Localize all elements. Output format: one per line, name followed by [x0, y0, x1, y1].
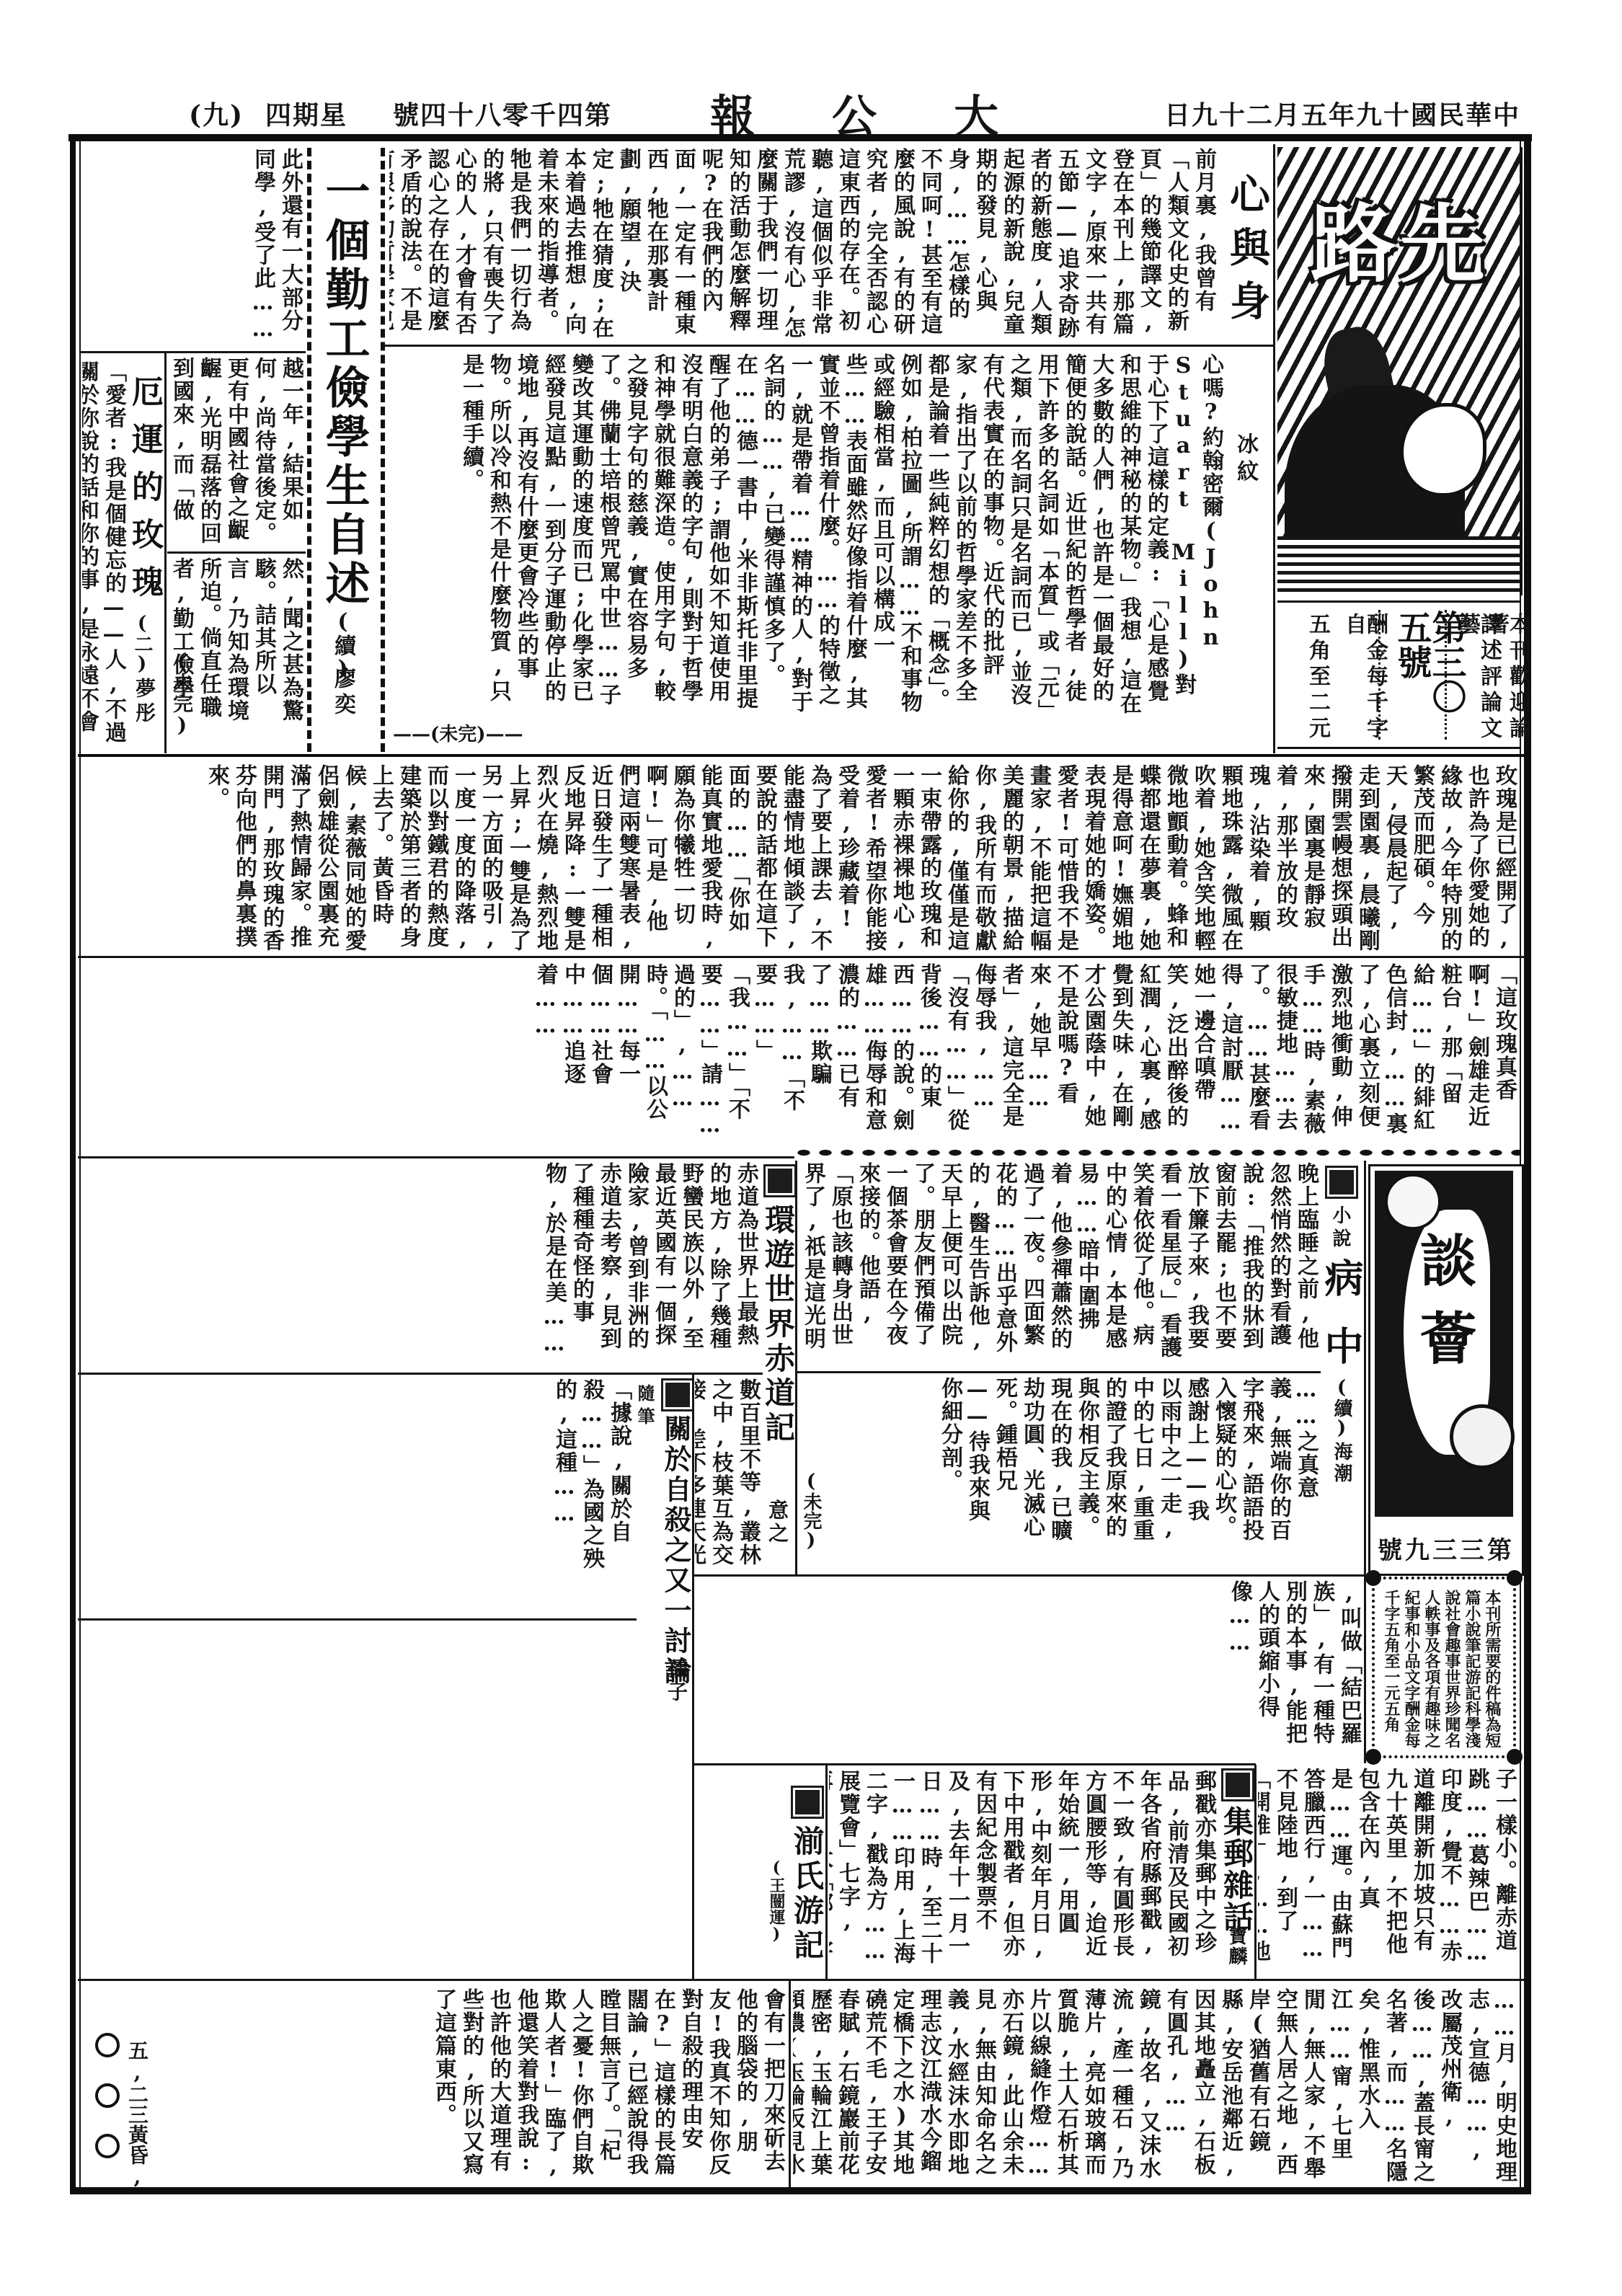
section-rule [796, 1371, 1321, 1373]
corner-dot [1507, 1570, 1523, 1586]
notice-line-4: 五角至二元 [1306, 613, 1328, 743]
article-body: 晚上臨睡之前,他忽然悄然的對看護說:「推我的牀到窗前去罷;也不要放下簾子來,我要… [799, 1162, 1319, 1368]
author-byline: 海潮 [1332, 1442, 1351, 1485]
author-byline: 寶麟 [1227, 1926, 1246, 1967]
circle-mark [95, 2033, 120, 2057]
section-marker-icon [663, 1380, 692, 1409]
continued-mark: (續) [1332, 1377, 1351, 1439]
letter-body: ……之真意義,無端你的百字飛來,語語投入懷疑的心坎。感謝上——我以雨中之一走,中… [799, 1377, 1319, 1544]
article-title-bingzhong: 病中 [1322, 1258, 1361, 1393]
article-body: 「據說,關於自殺……」為國之殃的,這種…… [83, 1378, 632, 1615]
frame-right [1524, 134, 1531, 2194]
notice-line: 紀事和小品文字酬金每 [1404, 1590, 1419, 1748]
band-rule [78, 1156, 794, 1158]
author-byline: 孺子 [666, 1658, 686, 1704]
article-body: 郵戳亦集郵中之珍品,前清及民國初年各省府縣郵戳,不一致,有圓形長方圓腰形等,迨近… [829, 1770, 1217, 1973]
title-column: 一個勤工儉學生自述 (續) 廖奕 [307, 148, 385, 752]
section-rule [81, 351, 306, 353]
article-body: 心嗎?約翰密爾(John Stuart Mill)對于心下了這樣的定義:「心是感… [389, 353, 1224, 717]
article-title-jianshi: 湔氏游記 [792, 1825, 822, 1964]
column-rule [789, 1981, 791, 2187]
author-byline: (王闓運) [768, 1858, 784, 1943]
column-rule [795, 1161, 797, 1575]
notice-line: 人軼事及各項有趣味之 [1424, 1590, 1440, 1748]
publication-date: 中華民國十九年五月二十九日 [1164, 95, 1520, 132]
article-body: 前月裏,我曾有「人類文化史的新頁」的幾節譯文,登在本刊上,那篇文字,原來一共有五… [389, 148, 1217, 341]
ground-lines-graphic [1277, 536, 1520, 595]
page-number: (九) [189, 95, 244, 132]
article-title-huanyou: 環遊世界赤道記 [763, 1204, 793, 1446]
ornament-divider [793, 1148, 1521, 1158]
section-rule [78, 956, 1524, 958]
child-head-graphic [1450, 1404, 1515, 1469]
article-body: 越一年,結果如何,尚待當後定。更有中國社會之齪齷,光明磊落的回到國來,而「做工」… [167, 357, 304, 548]
story-body: 「這玫瑰真香啊!」劍雄走近粧台,那「留給……」的緋紅色信封,……裏了,心裏立刻便… [83, 963, 1517, 1146]
notice-line: 千字五角至一元五角 [1383, 1590, 1399, 1732]
article-body: 數百里不等,叢林之中,枝葉互為交接,差不多連天光都掩沒,叢林底下,也有土人 [695, 1378, 761, 1572]
column-rule [1254, 1765, 1257, 1980]
notice-line: 本刊所需要的件稿為短 [1484, 1590, 1500, 1748]
section-marker-icon [1327, 1168, 1356, 1197]
corner-dot [1507, 1749, 1523, 1765]
article-title-jiyou: 集郵雜話 [1221, 1806, 1251, 1933]
supplement-title: 談薈 [1415, 1231, 1471, 1387]
section-marker-icon [793, 1788, 822, 1817]
article-title-eyun: 厄運的玫瑰 [128, 375, 160, 613]
section-rule [78, 1618, 637, 1621]
header-rule [68, 134, 1532, 141]
author-byline: 夢彤 [134, 678, 154, 727]
tanhui-woodcut-banner: 談薈 第三三九號 [1368, 1164, 1524, 1576]
section-marker-icon [1223, 1770, 1252, 1799]
column-rule [692, 1374, 694, 1980]
author-byline: 意之 [767, 1499, 787, 1546]
section-label: 隨筆 [636, 1384, 653, 1430]
section-rule [167, 551, 306, 554]
frame-left-inner [79, 141, 81, 2189]
supplement-issue-number: 第三三九號 [1370, 1530, 1522, 1566]
to-be-continued: (未完) [172, 649, 192, 737]
article-body: 赤道為世界上最熱的地方,除了幾種野蠻民族以外,至最近英國有一個探險家,曾到非洲的… [83, 1162, 759, 1368]
frame-bottom [70, 2187, 1531, 2194]
notice-line-3: 酬金每千字自 [1342, 613, 1386, 747]
to-be-continued: ——(未完)—— [393, 719, 523, 746]
section-rule [382, 345, 1273, 347]
article-body: 子一樣小。離赤道跳……葛辣巴……印度,覺不……赤道離開新加坡只有九十英里,不把他… [1258, 1768, 1517, 1974]
corner-dot [1365, 1749, 1381, 1765]
author-byline: 廖奕 [332, 667, 353, 719]
xianlu-woodcut-banner: 先路 [1277, 147, 1523, 595]
dateline: 五,二三黃昏, [127, 2040, 147, 2189]
submission-notice: 本刊歡迎論著 譯述評論文藝 第三〇五號 酬金每千字自 五角至二元 [1277, 600, 1520, 749]
column-rule [164, 353, 167, 753]
article-body: ,叫做「結巴羅族」,有一種特別的本事,能把人的頭縮小得像…… [696, 1580, 1362, 1760]
section-rule [78, 1979, 1524, 1981]
part-number: (二) [133, 613, 151, 675]
story-body: 玫瑰是已經開了,也許為了你愛她的緣故,今年特別的繁茂而肥碩。今天,侵晨起了,走到… [83, 764, 1517, 953]
article-title-xin-yu-shen: 心與身 [1227, 173, 1267, 333]
circle-mark [95, 2083, 120, 2108]
supplement-issue-number: 第三〇五號 [1394, 610, 1463, 747]
article-title-qingong: 一個勤工儉學生自述 [322, 168, 366, 609]
notice-line: 篇小說筆記游記科學淺 [1464, 1590, 1480, 1748]
article-body: 此外還有一大部分同學,受了此…… [83, 148, 303, 346]
column-rule [1273, 144, 1275, 753]
article-body: ……月,明史地理志,宣德……,改屬茂州衛,後……,蓋長甯之名著,而……名隱矣,惟… [793, 1988, 1517, 2184]
submission-notice: 本刊所需要的件稿為短 篇小說筆記游記科學淺 說社會趣事世界珍聞名 人軼事及各項有… [1372, 1577, 1516, 1758]
figure-head-graphic [1385, 1174, 1441, 1230]
weekday: 星期四 [265, 95, 347, 132]
supplement-title: 先路 [1292, 176, 1508, 298]
issue-number: 第四千零八十四號 [393, 95, 612, 132]
article-body: 「愛者:我是個健忘的——人,不過關於你說的話和你的事,是永遠不會 [82, 360, 127, 750]
section-marker-icon [766, 1166, 794, 1195]
column-rule [825, 1765, 828, 1980]
column-rule [1364, 1161, 1366, 1763]
notice-line: 說社會趣事世界珍聞名 [1444, 1590, 1460, 1748]
frame-left [70, 134, 76, 2194]
section-label: 小說 [1331, 1205, 1350, 1251]
band-rule [78, 754, 1524, 757]
section-rule [693, 1574, 1365, 1577]
article-title-zisha: 關於自殺之又一討論 [662, 1414, 689, 1687]
corner-dot [1365, 1570, 1381, 1586]
circle-mark [95, 2134, 120, 2158]
author-byline: 冰紋 [1234, 433, 1256, 487]
to-be-continued: (未完) [802, 1471, 820, 1551]
section-rule [78, 1373, 763, 1375]
article-body: 會有一把刀來斫去他的腦袋的,朋友!我真不知你反對自殺的理由安在?」這樣的長篇闊論… [130, 1988, 786, 2183]
section-rule [693, 1763, 1256, 1765]
face-profile-graphic [1400, 403, 1486, 497]
